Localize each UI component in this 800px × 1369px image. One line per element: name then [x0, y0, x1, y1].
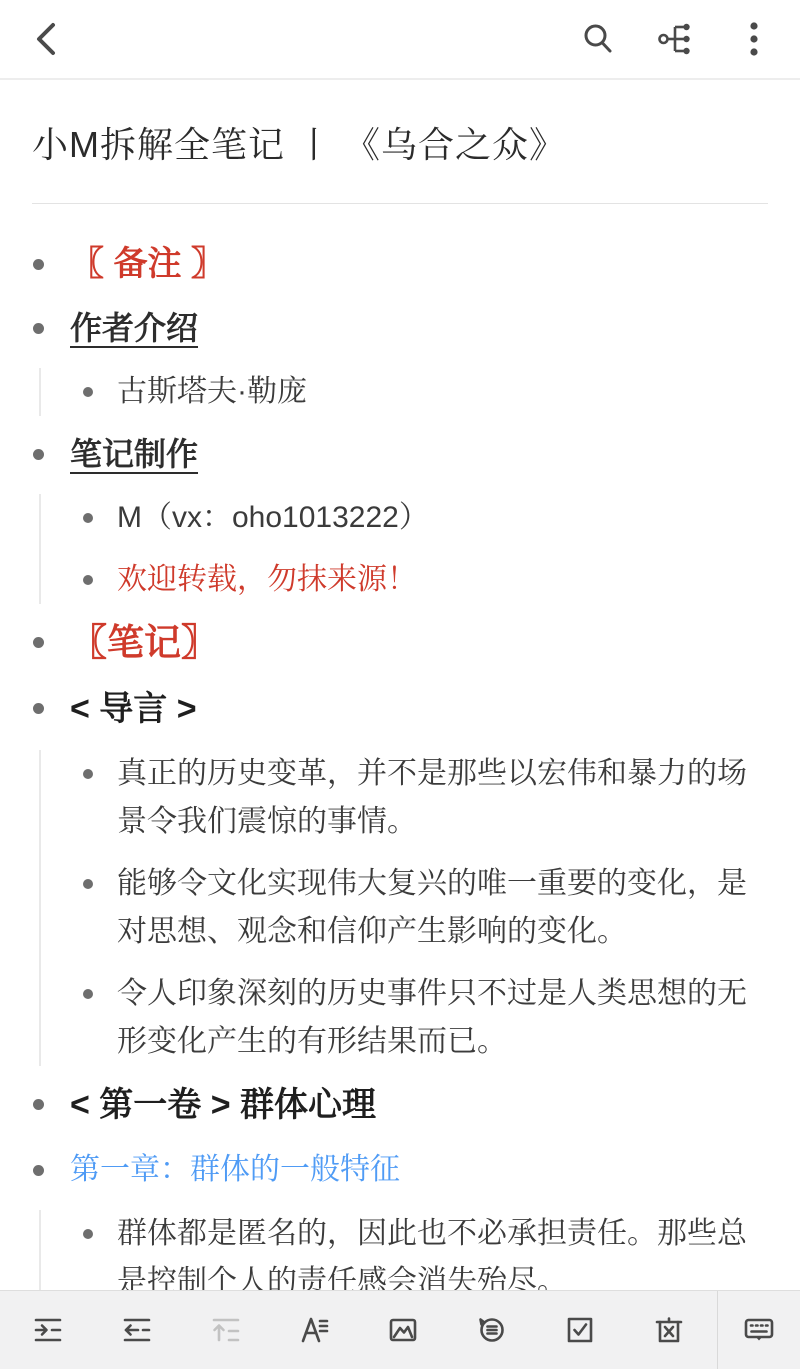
outline-item-text[interactable]: 能够令文化实现伟大复兴的唯一重要的变化，是对思想、观念和信仰产生影响的变化。: [117, 860, 760, 956]
outline-children-group: M（vx：oho1013222）欢迎转载，勿抹来源！: [39, 494, 760, 604]
outdent-icon: [122, 1315, 152, 1345]
image-icon: [388, 1315, 418, 1345]
outline-item-text[interactable]: < 导言 >: [70, 684, 760, 734]
outline-item-text[interactable]: < 第一卷 > 群体心理: [70, 1080, 760, 1130]
top-nav-bar: [0, 0, 800, 80]
outline-item[interactable]: 欢迎转载，勿抹来源！: [83, 556, 760, 604]
bullet-icon[interactable]: [83, 769, 93, 779]
back-icon: [31, 21, 61, 57]
checkbox-button[interactable]: [558, 1308, 602, 1352]
editor-toolbar: [0, 1290, 800, 1369]
outline-item[interactable]: 真正的历史变革，并不是那些以宏伟和暴力的场景令我们震惊的事情。: [83, 750, 760, 846]
outline-item-text[interactable]: 笔记制作: [70, 430, 760, 478]
outline-item[interactable]: M（vx：oho1013222）: [83, 494, 760, 542]
indent-button[interactable]: [26, 1308, 70, 1352]
bullet-icon[interactable]: [83, 879, 93, 889]
image-button[interactable]: [381, 1308, 425, 1352]
bullet-icon[interactable]: [83, 1229, 93, 1239]
outline-item-text[interactable]: 古斯塔夫·勒庞: [117, 368, 760, 416]
back-button[interactable]: [24, 17, 68, 61]
outline-item-text[interactable]: M（vx：oho1013222）: [117, 494, 760, 542]
search-icon: [581, 22, 615, 56]
outline-item[interactable]: 〖笔记〗: [32, 618, 760, 668]
move-up-icon: [211, 1315, 241, 1345]
bullet-icon[interactable]: [33, 703, 44, 714]
outdent-button[interactable]: [115, 1308, 159, 1352]
bullet-icon[interactable]: [83, 989, 93, 999]
hide-keyboard-icon: [743, 1315, 775, 1345]
text-format-icon: [299, 1315, 329, 1345]
bullet-icon[interactable]: [83, 387, 93, 397]
bullet-icon[interactable]: [33, 1099, 44, 1110]
text-format-button[interactable]: [292, 1308, 336, 1352]
title-section: 小M拆解全笔记 丨 《乌合之众》: [0, 80, 800, 204]
note-button[interactable]: [469, 1308, 513, 1352]
hide-keyboard-button[interactable]: [737, 1308, 781, 1352]
outline-item-text[interactable]: 令人印象深刻的历史事件只不过是人类思想的无形变化产生的有形结果而已。: [117, 970, 760, 1066]
outline-item[interactable]: 作者介绍: [32, 304, 760, 352]
outline-children-group: 古斯塔夫·勒庞: [39, 368, 760, 416]
outline-item[interactable]: 古斯塔夫·勒庞: [83, 368, 760, 416]
outline-item-text[interactable]: 作者介绍: [70, 304, 760, 352]
bullet-icon[interactable]: [33, 323, 44, 334]
outline-item-text[interactable]: 〖 备注 〗: [70, 240, 760, 288]
bullet-icon[interactable]: [83, 575, 93, 585]
document-title[interactable]: 小M拆解全笔记 丨 《乌合之众》: [32, 108, 768, 203]
outline-item[interactable]: < 导言 >: [32, 684, 760, 734]
bullet-icon[interactable]: [33, 259, 44, 270]
outline-item[interactable]: 〖 备注 〗: [32, 240, 760, 288]
search-button[interactable]: [576, 17, 620, 61]
outline-item[interactable]: < 第一卷 > 群体心理: [32, 1080, 760, 1130]
outline-item[interactable]: 令人印象深刻的历史事件只不过是人类思想的无形变化产生的有形结果而已。: [83, 970, 760, 1066]
delete-button[interactable]: [647, 1308, 691, 1352]
bullet-icon[interactable]: [33, 449, 44, 460]
note-icon: [476, 1315, 506, 1345]
indent-icon: [33, 1315, 63, 1345]
bullet-icon[interactable]: [33, 1165, 44, 1176]
mindmap-view-button[interactable]: [654, 17, 698, 61]
bullet-icon[interactable]: [83, 513, 93, 523]
outline-item[interactable]: 第一章：群体的一般特征: [32, 1146, 760, 1194]
outline-content: 〖 备注 〗作者介绍古斯塔夫·勒庞笔记制作M（vx：oho1013222）欢迎转…: [0, 204, 800, 1306]
outline-item[interactable]: 能够令文化实现伟大复兴的唯一重要的变化，是对思想、观念和信仰产生影响的变化。: [83, 860, 760, 956]
bullet-icon[interactable]: [33, 637, 44, 648]
more-icon: [749, 21, 759, 57]
outline-item-text[interactable]: 〖笔记〗: [70, 618, 760, 668]
outline-item-text[interactable]: 第一章：群体的一般特征: [70, 1146, 760, 1194]
outline-item-text[interactable]: 欢迎转载，勿抹来源！: [117, 556, 760, 604]
mindmap-icon: [658, 22, 694, 56]
more-menu-button[interactable]: [732, 17, 776, 61]
outline-item-text[interactable]: 真正的历史变革，并不是那些以宏伟和暴力的场景令我们震惊的事情。: [117, 750, 760, 846]
outline-children-group: 真正的历史变革，并不是那些以宏伟和暴力的场景令我们震惊的事情。能够令文化实现伟大…: [39, 750, 760, 1066]
checkbox-icon: [565, 1315, 595, 1345]
delete-icon: [654, 1315, 684, 1345]
outline-item[interactable]: 笔记制作: [32, 430, 760, 478]
move-up-button: [204, 1308, 248, 1352]
